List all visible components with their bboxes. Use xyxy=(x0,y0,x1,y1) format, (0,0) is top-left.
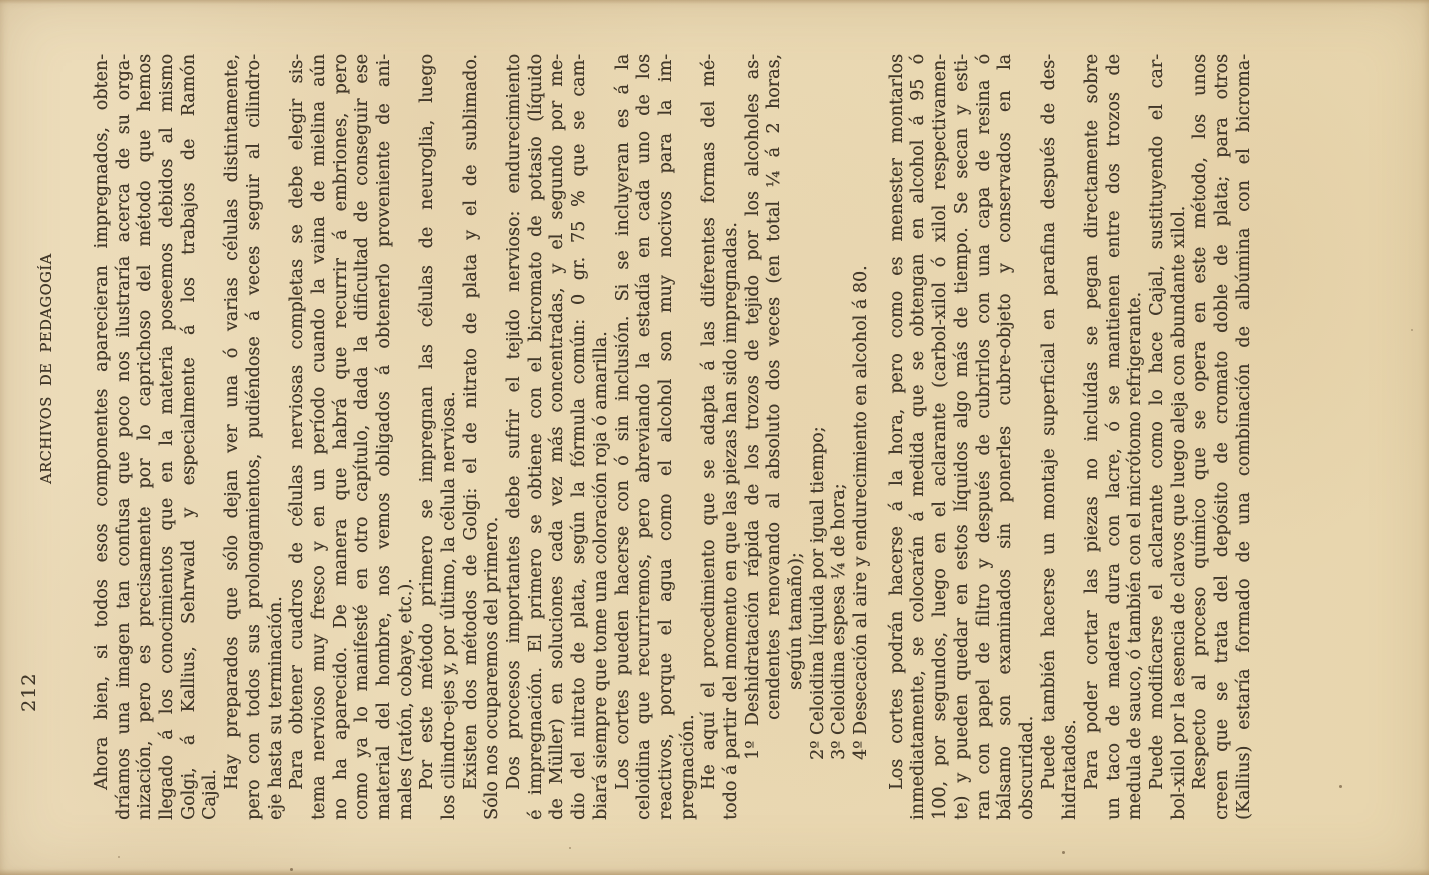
text-line: Para poder cortar las piezas no incluída… xyxy=(1082,54,1104,820)
scan-edge-shadow-top xyxy=(0,0,1429,4)
running-header: 212 ARCHIVOS DE PEDAGOGÍA xyxy=(0,0,70,875)
dust-speck xyxy=(1339,785,1342,788)
text-line: ran con papel de filtro y después de cub… xyxy=(974,54,996,820)
list-item: 4º Desecación al aire y endurecimiento e… xyxy=(851,54,873,820)
text-line: medula de sauco, ó también con el micrót… xyxy=(1125,54,1147,820)
dust-speck xyxy=(290,868,293,871)
text-line: males (ratón, cobaye, etc.). xyxy=(396,54,418,820)
text-column: Ahora bien, si todos esos componentes ap… xyxy=(92,54,1255,820)
text-line: 3º Celoidina espesa ¼ de hora; xyxy=(829,54,851,820)
paragraph: Para obtener cuadros de células nerviosa… xyxy=(287,54,417,820)
text-line: Para obtener cuadros de células nerviosa… xyxy=(287,54,309,820)
text-line: He aquí el procedimiento que se adapta á… xyxy=(699,54,721,820)
paragraph: Puede modificarse el aclarante como lo h… xyxy=(1147,54,1190,820)
text-line: Los cortes pueden hacerse con ó sin incl… xyxy=(613,54,635,820)
text-line: pregnación. xyxy=(678,54,700,820)
text-line: é impregnación. El primero se obtiene co… xyxy=(526,54,548,820)
page-number: 212 xyxy=(18,673,40,712)
text-line: cendentes renovando al absoluto dos vece… xyxy=(764,54,786,820)
text-line: no ha aparecido. De manera que habrá que… xyxy=(331,54,353,820)
paragraph: Dos procesos importantes debe sufrir el … xyxy=(504,54,612,820)
page: 212 ARCHIVOS DE PEDAGOGÍA Ahora bien, si… xyxy=(0,0,1429,875)
text-line: eje hasta su terminación. xyxy=(266,54,288,820)
book-page-scan: 212 ARCHIVOS DE PEDAGOGÍA Ahora bien, si… xyxy=(0,0,1429,875)
paragraph: Por este método primero se impregnan las… xyxy=(417,54,460,820)
dust-speck xyxy=(569,847,571,849)
text-line: Dos procesos importantes debe sufrir el … xyxy=(504,54,526,820)
paragraph: Los cortes podrán hacerse á la hora, per… xyxy=(887,54,1039,820)
text-line: dio del nitrato de plata, según la fórmu… xyxy=(569,54,591,820)
paragraph: Respecto al proceso químico que se opera… xyxy=(1190,54,1255,820)
list-item: 3º Celoidina espesa ¼ de hora; xyxy=(829,54,851,820)
dust-speck xyxy=(1411,329,1413,331)
list-item: 2º Celoidina líquida por igual tiempo; xyxy=(808,54,830,820)
text-line: bálsamo son examinados sin ponerles cubr… xyxy=(995,54,1017,820)
text-line: dríamos una imagen tan confusa que poco … xyxy=(114,54,136,820)
text-line: Respecto al proceso químico que se opera… xyxy=(1190,54,1212,820)
text-line: un taco de madera dura con lacre, ó se m… xyxy=(1104,54,1126,820)
scan-edge-shadow-bottom xyxy=(0,869,1429,875)
text-line: 100, por segundos, luego en el aclarante… xyxy=(930,54,952,820)
text-line: tema nervioso muy fresco y en un período… xyxy=(309,54,331,820)
paragraph: He aquí el procedimiento que se adapta á… xyxy=(699,54,742,820)
text-line: inmediatamente, se colocarán á medida qu… xyxy=(908,54,930,820)
text-line: Cajal. xyxy=(200,54,222,820)
paragraph: Para poder cortar las piezas no incluída… xyxy=(1082,54,1147,820)
text-line: material del hombre, nos vemos obligados… xyxy=(374,54,396,820)
dust-speck xyxy=(1062,851,1065,854)
text-line: pero con todos sus prolongamientos, pudi… xyxy=(244,54,266,820)
paragraph: Los cortes pueden hacerse con ó sin incl… xyxy=(613,54,700,820)
text-line: (Kallius) estaría formado de una combina… xyxy=(1234,54,1256,820)
text-line: según tamaño); xyxy=(786,54,808,820)
text-line: llegado á los conocimientos que en la ma… xyxy=(157,54,179,820)
text-line: biará siempre que tome una coloración ro… xyxy=(591,54,613,820)
text-line: nización, pero es precisamente por lo ca… xyxy=(135,54,157,820)
text-line: celoidina que recurriremos, pero abrevia… xyxy=(634,54,656,820)
text-line: 4º Desecación al aire y endurecimiento e… xyxy=(851,54,873,820)
text-line: los cilindro-ejes y, por último, la célu… xyxy=(439,54,461,820)
text-line: Ahora bien, si todos esos componentes ap… xyxy=(92,54,114,820)
text-line: te) y pueden quedar en estos líquidos al… xyxy=(952,54,974,820)
paragraph: Hay preparados que sólo dejan ver una ó … xyxy=(222,54,287,820)
text-line: como ya lo manifesté en otro capítulo, d… xyxy=(352,54,374,820)
text-line: hidratados. xyxy=(1060,54,1082,820)
dust-speck xyxy=(118,856,120,858)
paragraph: Existen dos métodos de Golgi: el de nitr… xyxy=(461,54,504,820)
text-line: creen que se trata del depósito de croma… xyxy=(1212,54,1234,820)
text-line: de Müller) en soluciones cada vez más co… xyxy=(547,54,569,820)
text-line: Golgi, á Kallius, Sehrwald y especialmen… xyxy=(179,54,201,820)
list-item: 1º Deshidratación rápida de los trozos d… xyxy=(743,54,808,820)
text-line: Puede modificarse el aclarante como lo h… xyxy=(1147,54,1169,820)
text-line: 1º Deshidratación rápida de los trozos d… xyxy=(743,54,765,820)
text-line: Hay preparados que sólo dejan ver una ó … xyxy=(222,54,244,820)
text-line: Puede también hacerse un montaje superfi… xyxy=(1039,54,1061,820)
text-line: Por este método primero se impregnan las… xyxy=(417,54,439,820)
text-line: Sólo nos ocuparemos del primero. xyxy=(482,54,504,820)
text-line: Existen dos métodos de Golgi: el de nitr… xyxy=(461,54,483,820)
text-line: reactivos, porque el agua como el alcoho… xyxy=(656,54,678,820)
text-line: 2º Celoidina líquida por igual tiempo; xyxy=(808,54,830,820)
text-line: Los cortes podrán hacerse á la hora, per… xyxy=(887,54,909,820)
text-line: todo á partir del momento en que las pie… xyxy=(721,54,743,820)
paragraph: Ahora bien, si todos esos componentes ap… xyxy=(92,54,222,820)
paragraph: Puede también hacerse un montaje superfi… xyxy=(1039,54,1082,820)
text-line: obscuridad. xyxy=(1017,54,1039,820)
running-title: ARCHIVOS DE PEDAGOGÍA xyxy=(39,253,55,484)
text-line: bol-xilol por la esencia de clavos que l… xyxy=(1169,54,1191,820)
